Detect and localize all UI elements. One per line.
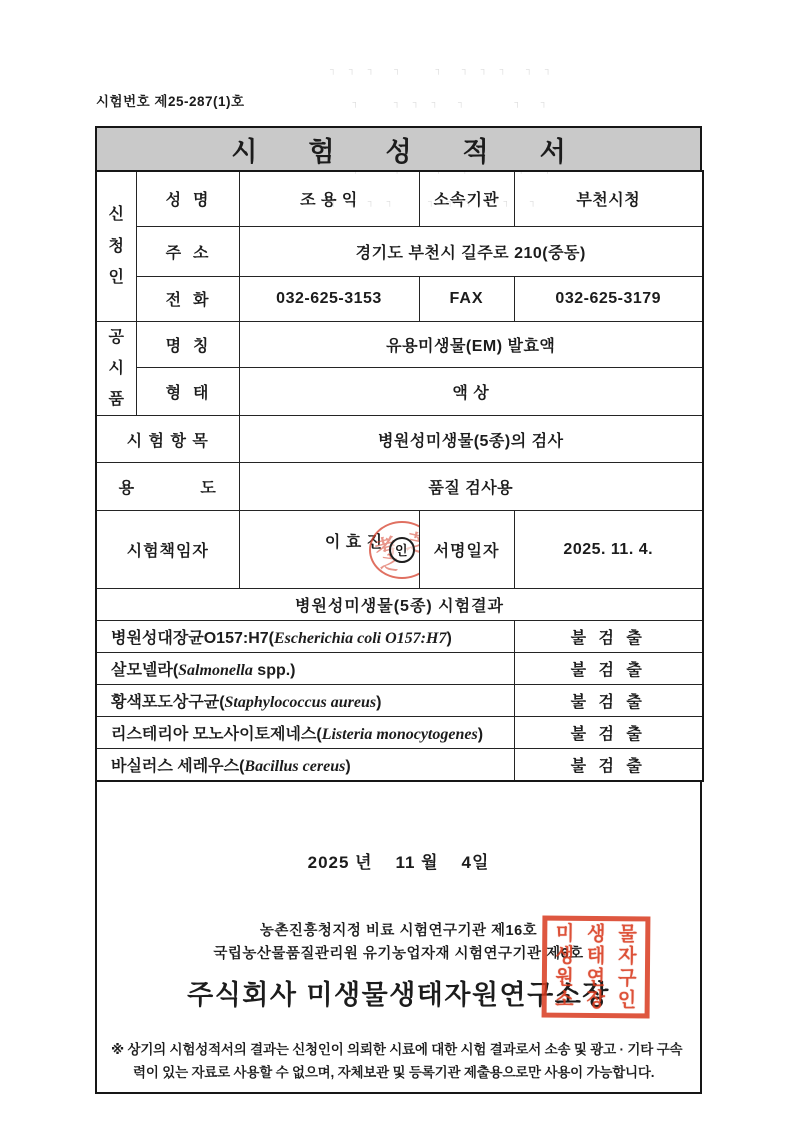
- organism-suffix: ): [478, 726, 483, 743]
- test-item: 병원성미생물(5종)의 검사: [239, 416, 703, 463]
- organism-latin: Salmonella: [178, 662, 253, 679]
- purpose-label: 용 도: [96, 463, 239, 511]
- purpose: 품질 검사용: [239, 463, 703, 511]
- result-value: 불 검 출: [514, 717, 703, 749]
- specimen-name-row: 공 시 품 명 칭 유용미생물(EM) 발효액: [96, 321, 703, 368]
- result-row: 황색포도상구균(Staphylococcus aureus) 불 검 출: [96, 685, 703, 717]
- specimen-form-label: 형 태: [136, 368, 239, 416]
- seal-char: 태: [587, 946, 606, 966]
- manager-name-cell: 이 효 진 考 芝 之 인: [239, 511, 419, 589]
- applicant-group-char: 인: [97, 262, 136, 293]
- organism-korean: 리스테리아 모노사이토제네스(: [111, 726, 322, 743]
- seal-char: 자: [618, 946, 637, 966]
- result-value: 불 검 출: [514, 621, 703, 653]
- organism-suffix: ): [345, 758, 350, 775]
- results-header-row: 병원성미생물(5종) 시험결과: [96, 589, 703, 621]
- result-row: 병원성대장균O157:H7(Escherichia coli O157:H7) …: [96, 621, 703, 653]
- organism-suffix: spp.): [253, 662, 296, 679]
- address-label: 주 소: [136, 226, 239, 276]
- company-seal: 미 생 물 생 태 자 원 연 구 소 장 인: [542, 915, 651, 1018]
- organism-korean: 살모넬라(: [111, 662, 178, 679]
- organism-name: 리스테리아 모노사이토제네스(Listeria monocytogenes): [96, 717, 514, 749]
- seal-char: 연: [587, 968, 606, 988]
- organism-name: 살모넬라(Salmonella spp.): [96, 653, 514, 685]
- circled-in-mark: 인: [389, 537, 415, 563]
- organism-korean: 병원성대장균O157:H7(: [111, 630, 274, 647]
- organism-korean: 바실러스 세레우스(: [111, 758, 244, 775]
- result-row: 바실러스 세레우스(Bacillus cereus) 불 검 출: [96, 749, 703, 781]
- report-sheet: 시 험 성 적 서 신 청 인 성 명 조 용 익 소속기관 부천시청 주 소: [95, 126, 702, 1094]
- results-header: 병원성미생물(5종) 시험결과: [96, 589, 703, 621]
- seal-char: 원: [555, 967, 574, 987]
- seal-char: 생: [587, 924, 606, 944]
- report-title: 시 험 성 적 서: [231, 130, 577, 169]
- applicant-address-row: 주 소 경기도 부천시 길주로 210(중동): [96, 226, 703, 276]
- manager-round-seal: 考 芝 之 인: [369, 521, 420, 579]
- applicant-name-row: 신 청 인 성 명 조 용 익 소속기관 부천시청: [96, 171, 703, 226]
- specimen-name: 유용미생물(EM) 발효액: [239, 321, 703, 368]
- seal-char: 생: [555, 945, 574, 965]
- specimen-form-row: 형 태 액 상: [96, 368, 703, 416]
- organism-latin: Listeria monocytogenes: [322, 726, 478, 743]
- purpose-row: 용 도 품질 검사용: [96, 463, 703, 511]
- applicant-phone-row: 전 화 032-625-3153 FAX 032-625-3179: [96, 276, 703, 321]
- specimen-name-label: 명 칭: [136, 321, 239, 368]
- seal-char: 물: [618, 924, 637, 944]
- applicant-group-label: 신 청 인: [96, 171, 136, 321]
- applicant-phone: 032-625-3153: [239, 276, 419, 321]
- seal-char: 인: [618, 990, 637, 1010]
- scan-artifact-row: ┐ ┐ ┐ ┐ ┐ ┐ ┐ ┐ ┐ ┐: [330, 64, 520, 75]
- organism-korean: 황색포도상구균(: [111, 694, 225, 711]
- report-title-bar: 시 험 성 적 서: [95, 126, 702, 172]
- seal-char: 미: [556, 923, 575, 943]
- organism-suffix: ): [376, 694, 381, 711]
- organism-latin: Staphylococcus aureus: [225, 694, 377, 711]
- report-info-table: 신 청 인 성 명 조 용 익 소속기관 부천시청 주 소 경기도 부천시 길주…: [95, 170, 704, 782]
- specimen-form: 액 상: [239, 368, 703, 416]
- sign-date: 2025. 11. 4.: [514, 511, 703, 589]
- result-value: 불 검 출: [514, 749, 703, 781]
- test-item-label: 시 험 항 목: [96, 416, 239, 463]
- applicant-address: 경기도 부천시 길주로 210(중동): [239, 226, 703, 276]
- manager-label: 시험책임자: [96, 511, 239, 589]
- test-manager-row: 시험책임자 이 효 진 考 芝 之 인 서명일자 2025. 11. 4.: [96, 511, 703, 589]
- seal-char: 장: [586, 990, 605, 1010]
- applicant-group-char: 신: [97, 199, 136, 230]
- applicant-org: 부천시청: [514, 171, 703, 226]
- phone-label: 전 화: [136, 276, 239, 321]
- seal-char: 소: [555, 989, 574, 1009]
- result-value: 불 검 출: [514, 653, 703, 685]
- organism-latin: Bacillus cereus: [244, 758, 345, 775]
- fax-label: FAX: [419, 276, 514, 321]
- applicant-fax: 032-625-3179: [514, 276, 703, 321]
- org-label: 소속기관: [419, 171, 514, 226]
- organism-suffix: ): [446, 630, 451, 647]
- name-label: 성 명: [136, 171, 239, 226]
- scan-artifact-row: ┐ ┐ ┐ ┐ ┐ ┐ ┐: [330, 97, 520, 108]
- organism-name: 바실러스 세레우스(Bacillus cereus): [96, 749, 514, 781]
- scanned-test-report-page: ┐ ┐ ┐ ┐ ┐ ┐ ┐ ┐ ┐ ┐ ┐ ┐ ┐ ┐ ┐ ┐ ┐ ┐ ┐ ┐ …: [0, 0, 793, 1121]
- organism-name: 병원성대장균O157:H7(Escherichia coli O157:H7): [96, 621, 514, 653]
- specimen-group-char: 공: [97, 322, 136, 353]
- specimen-group-char: 시: [97, 353, 136, 384]
- applicant-group-char: 청: [97, 231, 136, 262]
- seal-char: 구: [618, 968, 637, 988]
- test-number: 시험번호 제25-287(1)호: [96, 90, 245, 110]
- specimen-group-label: 공 시 품: [96, 321, 136, 416]
- result-value: 불 검 출: [514, 685, 703, 717]
- result-row: 리스테리아 모노사이토제네스(Listeria monocytogenes) 불…: [96, 717, 703, 749]
- disclaimer-note: ※ 상기의 시험성적서의 결과는 신청인이 의뢰한 시료에 대한 시험 결과로서…: [111, 1038, 686, 1085]
- organism-latin: Escherichia coli O157:H7: [274, 630, 446, 647]
- certification-section: 2025 년 11 월 4일 농촌진흥청지정 비료 시험연구기관 제16호 국립…: [95, 780, 702, 1094]
- specimen-group-char: 품: [97, 384, 136, 415]
- sign-date-label: 서명일자: [419, 511, 514, 589]
- applicant-name: 조 용 익: [239, 171, 419, 226]
- organism-name: 황색포도상구균(Staphylococcus aureus): [96, 685, 514, 717]
- test-item-row: 시 험 항 목 병원성미생물(5종)의 검사: [96, 416, 703, 463]
- issue-date: 2025 년 11 월 4일: [97, 848, 700, 873]
- result-row: 살모넬라(Salmonella spp.) 불 검 출: [96, 653, 703, 685]
